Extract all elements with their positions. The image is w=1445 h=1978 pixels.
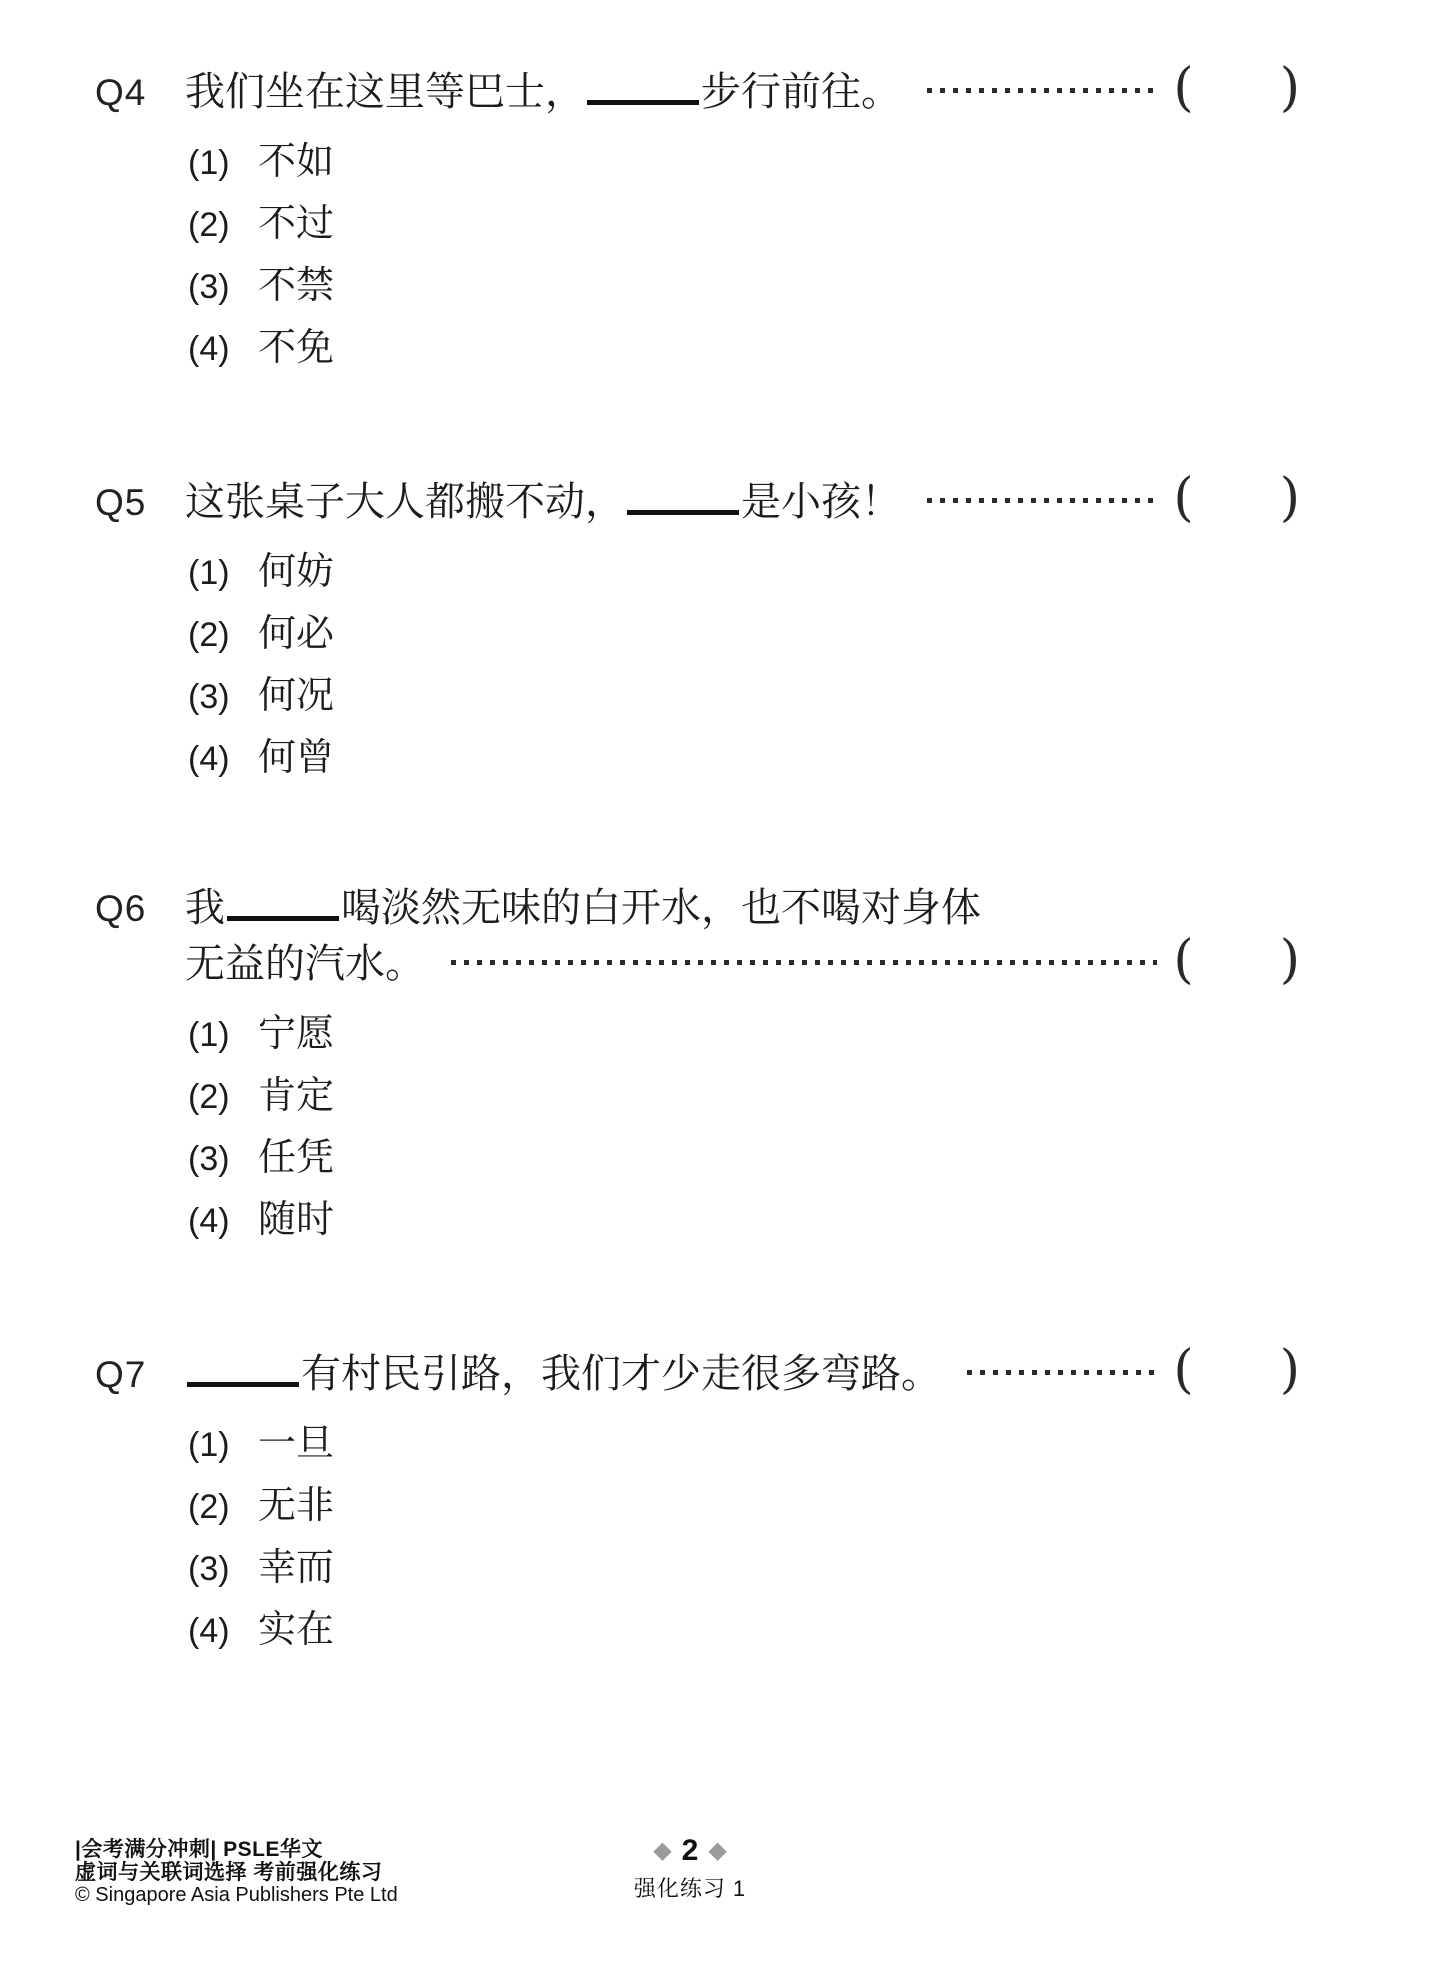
answer-blank-line [187,1380,299,1387]
option-text: 不禁 [258,264,334,306]
dotted-leader [927,498,1157,503]
question-text-after-blank: 有村民引路，我们才少走很多弯路。 [301,1348,941,1400]
options-list: (1) 宁愿 (2) 肯定 (3) 任凭 (4) 随时 [188,1012,1300,1240]
option-row: (1) 何妨 [188,550,1300,592]
option-row: (2) 肯定 [188,1074,1300,1116]
option-text: 何曾 [258,736,334,778]
option-number: (2) [188,1076,258,1118]
option-row: (1) 宁愿 [188,1012,1300,1054]
option-number: (4) [188,1610,258,1652]
question-number: Q7 [95,1349,185,1401]
options-list: (1) 不如 (2) 不过 (3) 不禁 (4) 不免 [188,140,1300,368]
option-text: 无非 [258,1484,334,1526]
option-row: (3) 何况 [188,674,1300,716]
answer-paren-open: ( [1173,62,1193,114]
question-block-q7: Q7 有村民引路，我们才少走很多弯路。 ( ) (1) 一旦 (2) 无非 (3… [95,1344,1300,1650]
option-row: (3) 不禁 [188,264,1300,306]
answer-paren-open: ( [1173,472,1193,524]
answer-paren-open: ( [1173,934,1193,986]
diamond-icon: ◆ [708,1836,726,1866]
option-row: (2) 不过 [188,202,1300,244]
option-row: (4) 实在 [188,1608,1300,1650]
option-text: 不免 [258,326,334,368]
dotted-leader [967,1370,1157,1375]
question-text-before-blank: 这张桌子大人都搬不动， [185,476,625,528]
question-sentence: Q5 这张桌子大人都搬不动， 是小孩！ ( ) [95,472,1300,524]
option-number: (2) [188,204,258,246]
answer-paren-open: ( [1173,1344,1193,1396]
option-text: 何必 [258,612,334,654]
question-text-before-blank: 我们坐在这里等巴士， [185,66,585,118]
option-number: (4) [188,328,258,370]
option-row: (4) 随时 [188,1198,1300,1240]
options-list: (1) 何妨 (2) 何必 (3) 何况 (4) 何曾 [188,550,1300,778]
option-row: (4) 何曾 [188,736,1300,778]
answer-blank-line [587,98,699,105]
answer-paren-close: ) [1280,934,1300,986]
answer-blank-line [227,914,339,921]
page-number-row: ◆ 2 ◆ [575,1836,805,1866]
answer-paren-close: ) [1280,1344,1300,1396]
footer-series-title: |会考满分冲刺| PSLE华文 [75,1838,398,1861]
option-row: (2) 无非 [188,1484,1300,1526]
answer-paren-close: ) [1280,62,1300,114]
options-list: (1) 一旦 (2) 无非 (3) 幸而 (4) 实在 [188,1422,1300,1650]
footer-subtitle: 虚词与关联词选择 考前强化练习 [75,1861,398,1884]
option-row: (1) 一旦 [188,1422,1300,1464]
option-number: (3) [188,1138,258,1180]
option-text: 一旦 [258,1422,334,1464]
option-row: (2) 何必 [188,612,1300,654]
option-row: (3) 幸而 [188,1546,1300,1588]
footer-exercise-label: 强化练习 1 [575,1872,805,1903]
page-number: 2 [682,1836,699,1866]
option-text: 随时 [258,1198,334,1240]
question-sentence: Q4 我们坐在这里等巴士， 步行前往。 ( ) [95,62,1300,114]
option-number: (2) [188,614,258,656]
option-row: (4) 不免 [188,326,1300,368]
option-number: (1) [188,1424,258,1466]
question-text-after-blank: 步行前往。 [701,66,901,118]
worksheet-body: Q4 我们坐在这里等巴士， 步行前往。 ( ) (1) 不如 (2) 不过 (3… [95,62,1300,1754]
option-text: 何妨 [258,550,334,592]
question-sentence: Q7 有村民引路，我们才少走很多弯路。 ( ) [95,1344,1300,1396]
question-text-before-blank: 我 [185,882,225,934]
option-text: 何况 [258,674,334,716]
option-number: (4) [188,1200,258,1242]
option-number: (1) [188,142,258,184]
answer-paren-close: ) [1280,472,1300,524]
question-text-after-blank: 喝淡然无味的白开水，也不喝对身体 [341,882,981,934]
option-row: (1) 不如 [188,140,1300,182]
question-block-q5: Q5 这张桌子大人都搬不动， 是小孩！ ( ) (1) 何妨 (2) 何必 (3… [95,472,1300,778]
dotted-leader [451,960,1157,965]
question-block-q4: Q4 我们坐在这里等巴士， 步行前往。 ( ) (1) 不如 (2) 不过 (3… [95,62,1300,368]
question-block-q6: Q6 我 喝淡然无味的白开水，也不喝对身体 无益的汽水。 ( ) (1) 宁愿 … [95,882,1300,1240]
footer-copyright: © Singapore Asia Publishers Pte Ltd [75,1884,398,1907]
question-sentence-line1: Q6 我 喝淡然无味的白开水，也不喝对身体 [95,882,1300,934]
option-text: 实在 [258,1608,334,1650]
option-number: (1) [188,1014,258,1056]
option-row: (3) 任凭 [188,1136,1300,1178]
question-number: Q4 [95,67,185,119]
question-text-after-blank: 是小孩！ [741,476,901,528]
question-number: Q5 [95,477,185,529]
footer-imprint: |会考满分冲刺| PSLE华文 虚词与关联词选择 考前强化练习 © Singap… [75,1838,398,1907]
option-text: 幸而 [258,1546,334,1588]
option-text: 不如 [258,140,334,182]
question-number: Q6 [95,883,185,935]
option-number: (1) [188,552,258,594]
dotted-leader [927,88,1157,93]
option-text: 任凭 [258,1136,334,1178]
option-number: (3) [188,266,258,308]
diamond-icon: ◆ [653,1836,671,1866]
option-number: (3) [188,676,258,718]
question-sentence-line2: 无益的汽水。 ( ) [95,934,1300,986]
answer-blank-line [627,508,739,515]
option-text: 宁愿 [258,1012,334,1054]
option-text: 肯定 [258,1074,334,1116]
footer-page-block: ◆ 2 ◆ 强化练习 1 [575,1836,805,1903]
option-number: (3) [188,1548,258,1590]
option-number: (4) [188,738,258,780]
question-text-line2: 无益的汽水。 [185,938,425,990]
option-number: (2) [188,1486,258,1528]
option-text: 不过 [258,202,334,244]
